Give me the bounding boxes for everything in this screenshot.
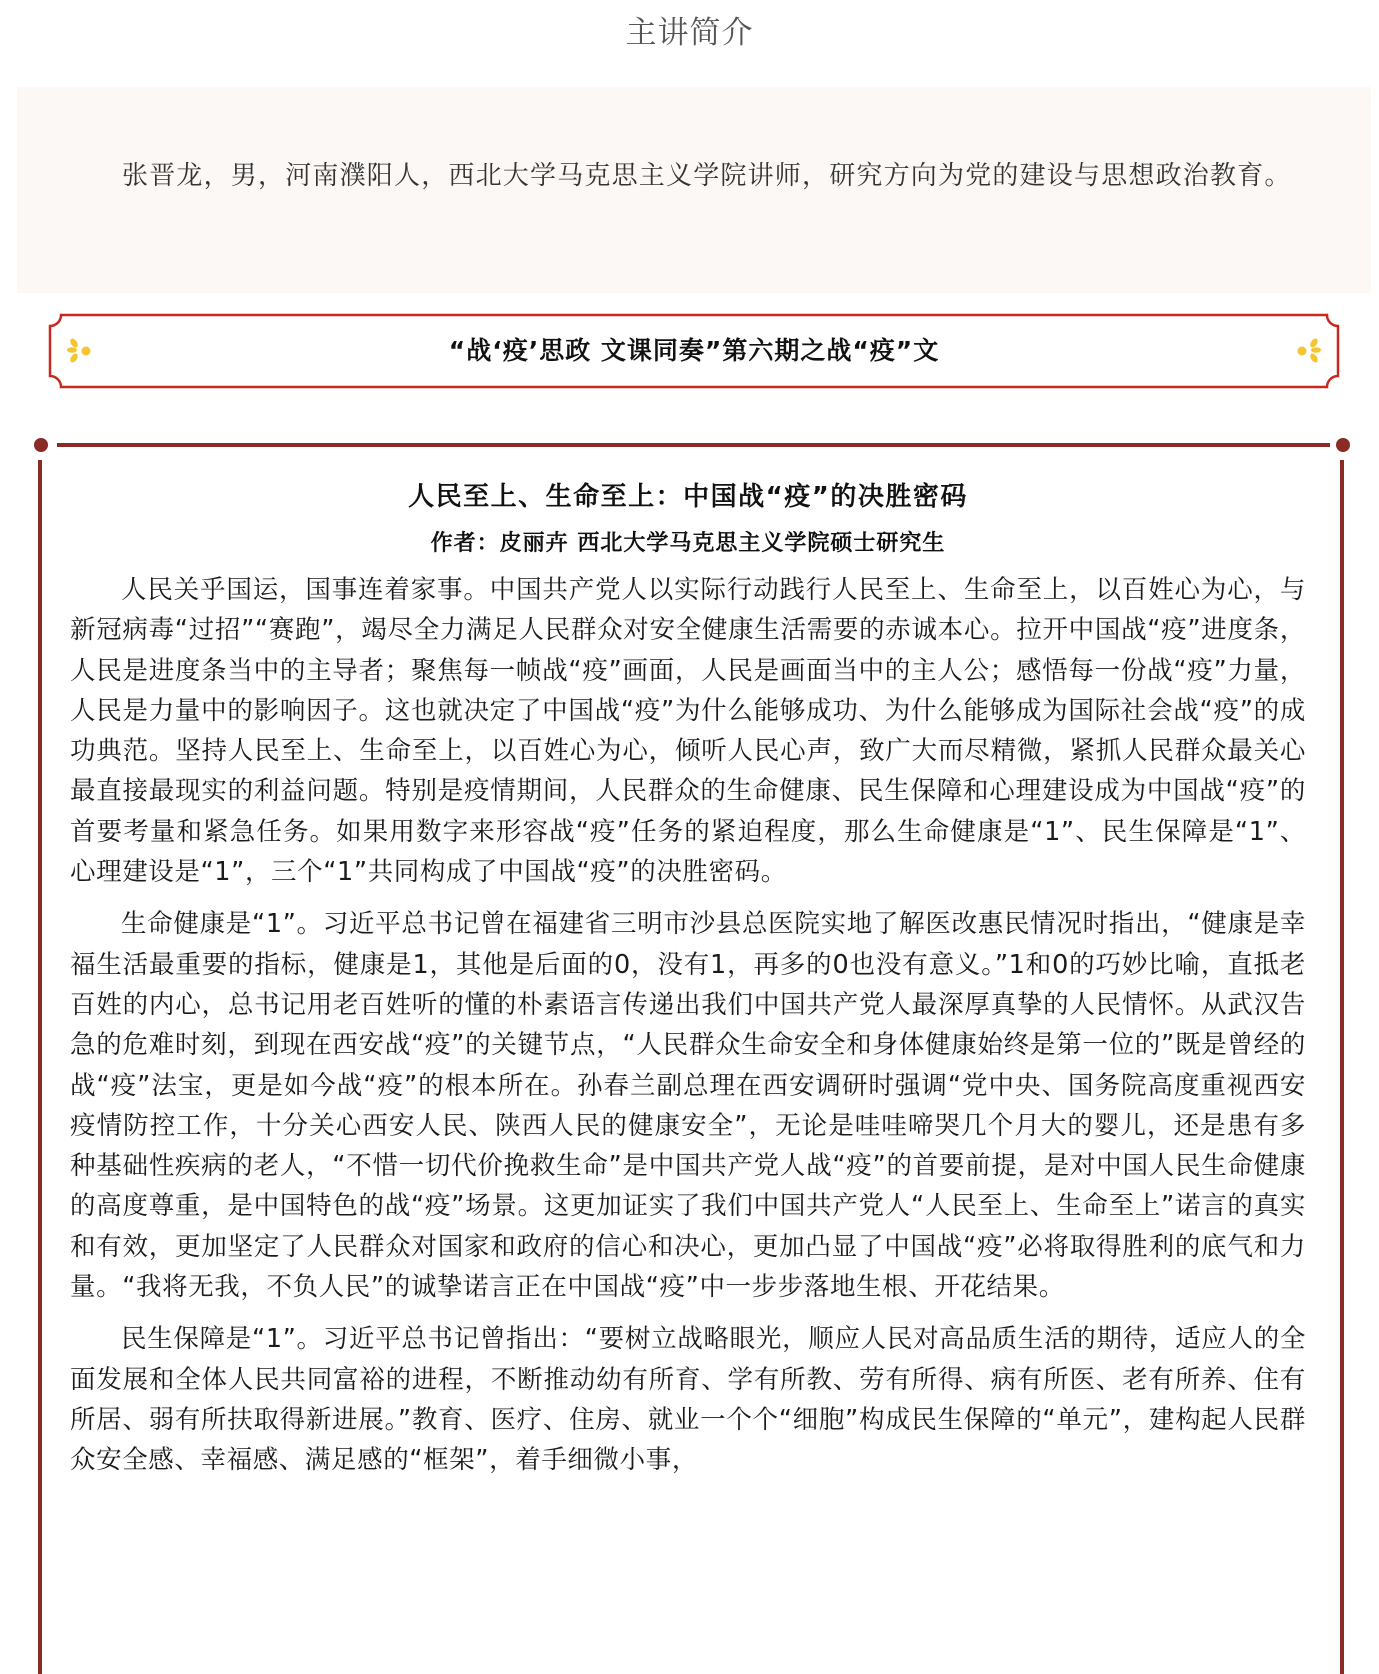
article-paragraph: 民生保障是“1”。习近平总书记曾指出：“要树立战略眼光，顺应人民对高品质生活的期… (70, 1319, 1306, 1480)
banner-title: “战‘疫’思政 文课同奏”第六期之战“疫”文 (48, 313, 1340, 389)
frame-top-line (57, 443, 1330, 447)
article-paragraph: 人民关乎国运，国事连着家事。中国共产党人以实际行动践行人民至上、生命至上，以百姓… (70, 570, 1306, 892)
series-banner: “战‘疫’思政 文课同奏”第六期之战“疫”文 (48, 313, 1340, 389)
article-title: 人民至上、生命至上：中国战“疫”的决胜密码 (70, 472, 1306, 522)
article-byline: 作者：皮丽卉 西北大学马克思主义学院硕士研究生 (70, 522, 1306, 566)
frame-dot-right (1336, 438, 1350, 452)
frame-right-line (1340, 460, 1344, 1674)
frame-dot-left (34, 438, 48, 452)
article-paragraph: 生命健康是“1”。习近平总书记曾在福建省三明市沙县总医院实地了解医改惠民情况时指… (70, 904, 1306, 1307)
intro-box: 张晋龙，男，河南濮阳人，西北大学马克思主义学院讲师，研究方向为党的建设与思想政治… (17, 87, 1371, 293)
intro-text: 张晋龙，男，河南濮阳人，西北大学马克思主义学院讲师，研究方向为党的建设与思想政治… (70, 151, 1321, 201)
flower-right-icon (1292, 337, 1322, 371)
frame-left-line (38, 460, 42, 1674)
article: 人民至上、生命至上：中国战“疫”的决胜密码 作者：皮丽卉 西北大学马克思主义学院… (70, 472, 1306, 1493)
intro-title: 主讲简介 (0, 8, 1379, 58)
